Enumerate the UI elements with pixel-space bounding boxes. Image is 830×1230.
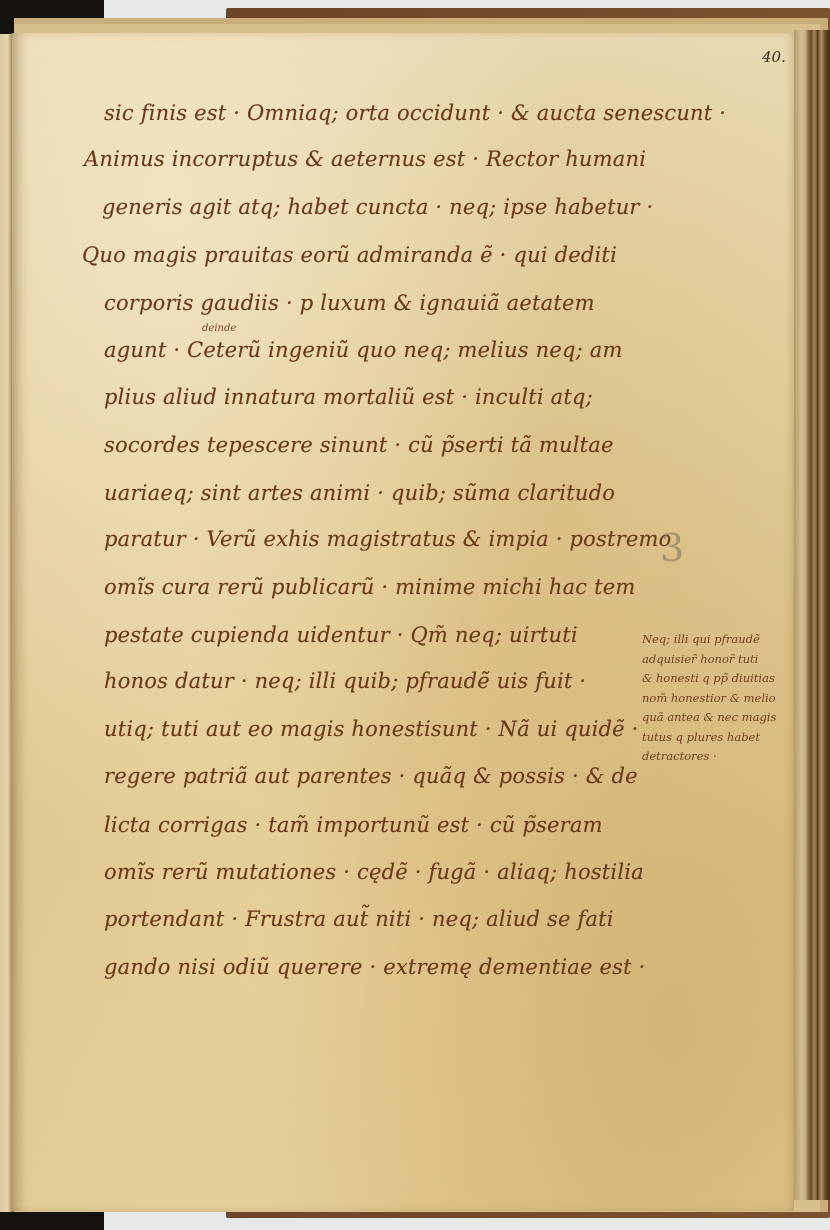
text-line: uariaeq; sint artes animi · quib; sũma c… xyxy=(104,481,615,505)
main-text-block: sic finis est · Omniaq; orta occidunt · … xyxy=(12,33,794,1211)
text-line: pestate cupienda uidentur · Qm̃ neq; uir… xyxy=(104,623,578,647)
text-line: regere patriã aut parentes · quãq & poss… xyxy=(104,764,638,788)
text-line: portendant · Frustra aut̃ niti · neq; al… xyxy=(104,907,614,931)
marginal-line: nom̃ honestior & melio xyxy=(642,689,802,709)
text-line: generis agit atq; habet cuncta · neq; ip… xyxy=(102,195,653,219)
marginal-line: detractores · xyxy=(642,747,802,767)
marginal-line: Neq; illi qui pfraudẽ xyxy=(642,630,802,650)
manuscript-scan: sic finis est · Omniaq; orta occidunt · … xyxy=(0,0,830,1230)
folio-number: 40. xyxy=(762,48,786,66)
text-line: sic finis est · Omniaq; orta occidunt · … xyxy=(104,101,726,125)
text-line: honos datur · neq; illi quib; pfraudẽ ui… xyxy=(104,669,586,693)
fore-edge-leaves xyxy=(794,30,830,1200)
text-line: utiq; tuti aut eo magis honestisunt · Nã… xyxy=(104,717,639,741)
text-line: gando nisi odiũ querere · extremę dement… xyxy=(104,955,646,979)
text-line: paratur · Verũ exhis magistratus & impia… xyxy=(104,527,671,551)
marginal-line: & honesti q pp̃ diuitias xyxy=(642,669,802,689)
marginal-line: tutus q plures habet xyxy=(642,728,802,748)
text-line: corporis gaudiis · p luxum & ignauiã aet… xyxy=(104,291,595,315)
text-line: plius aliud innatura mortaliũ est · incu… xyxy=(104,385,593,409)
text-line: socordes tepescere sinunt · cũ p̃serti t… xyxy=(104,433,614,457)
text-line: omĩs rerũ mutationes · cędẽ · fugã · ali… xyxy=(104,860,644,884)
text-line: agunt · Ceterũ ingeniũ quo neq; melius n… xyxy=(104,338,623,362)
text-line: Quo magis prauitas eorũ admiranda ẽ · qu… xyxy=(82,243,617,267)
dark-backdrop xyxy=(0,1212,104,1230)
pencil-mark: 3 xyxy=(660,526,684,570)
text-line: licta corrigas · tam̃ importunũ est · cũ… xyxy=(104,813,603,837)
text-line: omĩs cura rerũ publicarũ · minime michi … xyxy=(104,575,636,599)
parchment-folio: sic finis est · Omniaq; orta occidunt · … xyxy=(12,33,794,1211)
text-line: Animus incorruptus & aeternus est · Rect… xyxy=(84,147,646,171)
marginal-note: Neq; illi qui pfraudẽ adquisier̃ honor̃ … xyxy=(642,630,802,767)
interlinear-gloss: deinde xyxy=(202,323,236,334)
marginal-line: quã antea & nec magis xyxy=(642,708,802,728)
marginal-line: adquisier̃ honor̃ tuti xyxy=(642,650,802,670)
